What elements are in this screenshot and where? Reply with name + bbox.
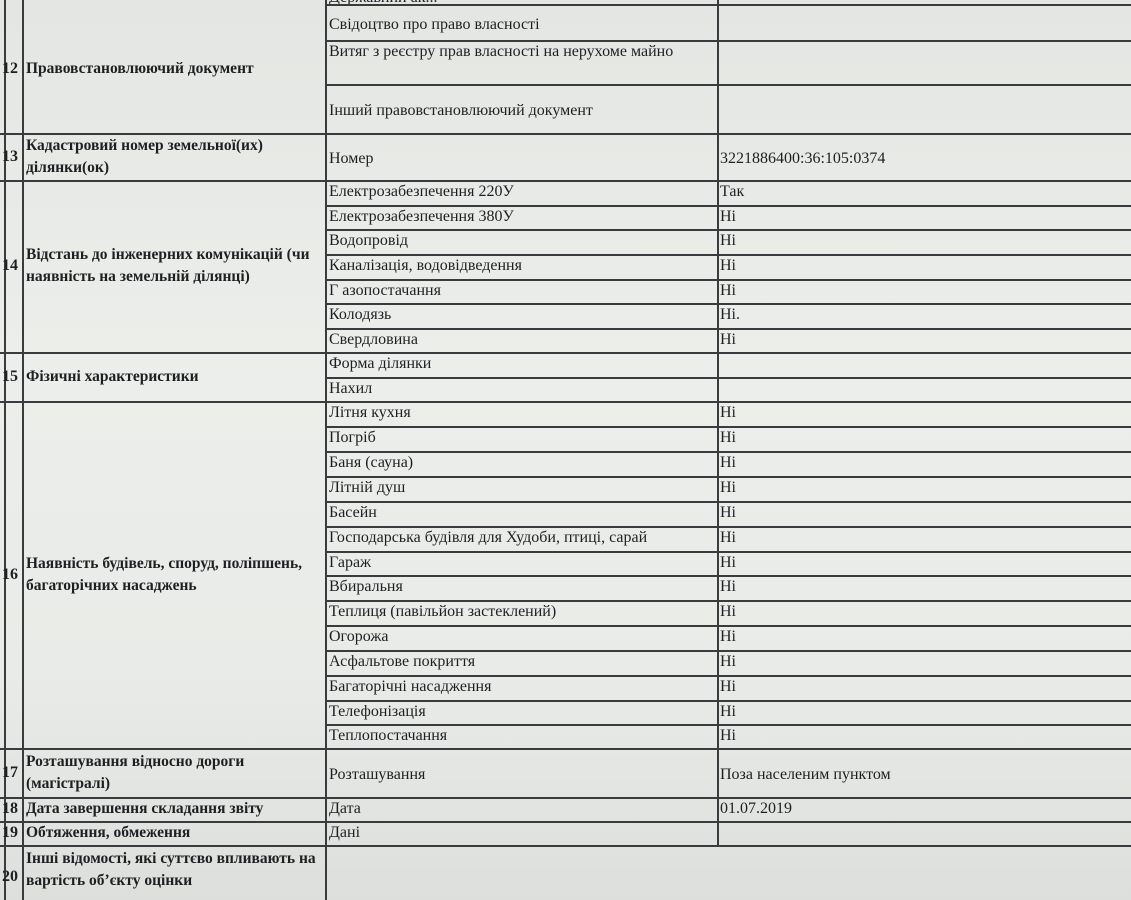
section-title: Обтяження, обмеження [26, 822, 319, 844]
row-divider [0, 845, 1131, 847]
column-divider [717, 748, 719, 797]
row-label: Гараж [329, 553, 371, 573]
section-title: Відстань до інженерних комунікацій (чи н… [26, 244, 319, 288]
row-value: Ні [720, 453, 736, 473]
row-divider [0, 352, 1131, 354]
row-label: Літній душ [329, 478, 405, 498]
row-value: Ні. [720, 305, 740, 325]
row-divider [325, 4, 1131, 6]
row-label: Теплиця (павільйон застеклений) [329, 602, 556, 622]
column-divider [717, 180, 719, 352]
row-value: Поза населеним пунктом [720, 765, 891, 785]
section-title: Наявність будівель, споруд, поліпшень, б… [26, 553, 319, 597]
column-divider [717, 0, 719, 5]
row-value: Ні [720, 478, 736, 498]
section-title: Правовстановлюючий документ [26, 58, 319, 80]
section-number: 14 [2, 256, 18, 276]
row-value: Ні [720, 652, 736, 672]
row-value: Ні [720, 503, 736, 523]
row-label: Розташування [329, 765, 425, 785]
row-label: Баня (сауна) [329, 453, 413, 473]
document-table: Державний ак...12Правовстановлюючий доку… [0, 0, 1131, 900]
row-value: Так [720, 182, 744, 202]
row-label: Господарська будівля для Худоби, птиці, … [329, 528, 647, 548]
row-value: Ні [720, 528, 736, 548]
section-number: 16 [2, 565, 18, 585]
row-value: Ні [720, 553, 736, 573]
row-label: Каналізація, водовідведення [329, 256, 522, 276]
column-divider [325, 0, 327, 900]
row-value: 3221886400:36:105:0374 [720, 149, 885, 169]
row-label: Літня кухня [329, 403, 411, 423]
section-number: 19 [2, 823, 18, 843]
row-divider [0, 401, 1131, 403]
row-label: Дані [329, 823, 360, 843]
row-label: Електрозабезпечення 220У [329, 182, 514, 202]
row-value: Ні [720, 256, 736, 276]
row-label: Витяг з реєстру прав власності на нерухо… [329, 42, 699, 62]
column-divider [717, 821, 719, 845]
section-title: Розташування відносно дороги (магістралі… [26, 751, 319, 795]
column-divider [717, 401, 719, 748]
section-title: Кадастровий номер земельної(их) ділянки(… [26, 135, 319, 179]
row-divider [325, 377, 1131, 379]
row-label: Огорожа [329, 627, 388, 647]
section-number: 17 [2, 763, 18, 783]
column-divider [717, 352, 719, 401]
row-value: 01.07.2019 [720, 799, 792, 819]
column-divider [717, 797, 719, 821]
row-label: Вбиральня [329, 577, 403, 597]
row-label: Теплопостачання [329, 726, 447, 746]
section-number: 13 [2, 147, 18, 167]
section-title: Інші відомості, які суттєво впливають на… [26, 848, 319, 892]
row-value: Ні [720, 281, 736, 301]
row-divider [325, 84, 1131, 86]
row-label: Телефонізація [329, 702, 426, 722]
row-label: Інший правовстановлюючий документ [329, 101, 593, 121]
row-label: Багаторічні насадження [329, 677, 491, 697]
section-number: 12 [2, 59, 18, 79]
section-title: Дата завершення складання звіту [26, 798, 319, 820]
row-value: Ні [720, 330, 736, 350]
column-divider [717, 5, 719, 133]
row-divider [0, 180, 1131, 182]
row-label: Форма ділянки [329, 354, 431, 374]
row-value: Ні [720, 726, 736, 746]
row-label: Свердловина [329, 330, 418, 350]
section-number: 15 [2, 367, 18, 387]
row-label: Водопровід [329, 231, 408, 251]
column-divider [22, 0, 24, 900]
row-value: Ні [720, 428, 736, 448]
row-label: Асфальтове покриття [329, 652, 475, 672]
row-label: Нахил [329, 379, 372, 399]
row-value: Ні [720, 702, 736, 722]
row-value: Ні [720, 231, 736, 251]
row-value: Ні [720, 207, 736, 227]
row-label: Номер [329, 149, 373, 169]
section-number: 18 [2, 799, 18, 819]
row-label: Дата [329, 799, 361, 819]
section-number: 20 [2, 867, 18, 887]
row-value: Ні [720, 602, 736, 622]
row-label: Свідоцтво про право власності [329, 15, 540, 35]
column-divider [717, 133, 719, 180]
row-value: Ні [720, 627, 736, 647]
section-title: Фізичні характеристики [26, 366, 319, 388]
row-value: Ні [720, 577, 736, 597]
row-value: Ні [720, 677, 736, 697]
row-value: Ні [720, 403, 736, 423]
row-label: Колодязь [329, 305, 391, 325]
row-label: Електрозабезпечення 380У [329, 207, 514, 227]
row-label: Погріб [329, 428, 376, 448]
row-label: Г азопостачання [329, 281, 441, 301]
row-label: Басейн [329, 503, 377, 523]
